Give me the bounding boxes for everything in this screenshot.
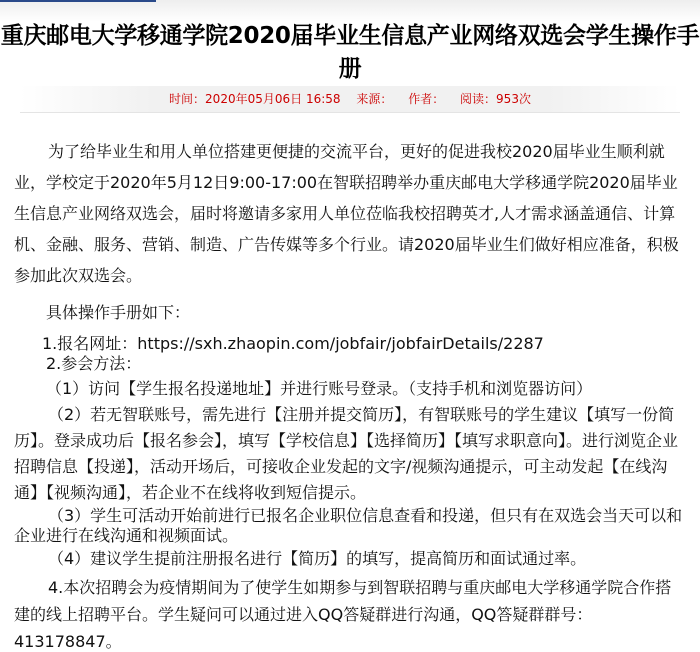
registration-url[interactable]: https://sxh.zhaopin.com/jobfair/jobfairD… [137, 334, 544, 353]
step2-sub4: （4）建议学生提前注册报名进行【简历】的填写，提高简历和面试通过率。 [14, 548, 684, 570]
top-gradient-band [0, 0, 700, 22]
step2-sub3: （3）学生可活动开始前进行已报名企业职位信息查看和投递，但只有在双选会当天可以和… [14, 506, 684, 546]
step1-registration: 1.报名网址：https://sxh.zhaopin.com/jobfair/j… [14, 334, 684, 354]
author-label: 作者： [408, 92, 444, 106]
intro-paragraph: 为了给毕业生和用人单位搭建更便捷的交流平台，更好的促进我校2020届毕业生顺利就… [14, 136, 684, 291]
read-count: 阅读：953次 [460, 92, 531, 106]
step1-label: 1.报名网址： [42, 334, 137, 353]
article-meta-bar: 时间：2020年05月06日 16:58 来源： 作者： 阅读：953次 [20, 86, 680, 113]
top-accent-rule [0, 0, 156, 2]
article-body: 为了给毕业生和用人单位搭建更便捷的交流平台，更好的促进我校2020届毕业生顺利就… [14, 136, 684, 652]
step2-heading: 2.参会方法： [14, 354, 684, 374]
publish-time: 时间：2020年05月06日 16:58 [169, 92, 340, 106]
source-label: 来源： [356, 92, 392, 106]
step4-paragraph: 4.本次招聘会为疫情期间为了使学生如期参与到智联招聘与重庆邮电大学移通学院合作搭… [14, 574, 684, 652]
article-title: 重庆邮电大学移通学院2020届毕业生信息产业网络双选会学生操作手册 [0, 20, 700, 86]
step2-sub1: （1）访问【学生报名投递地址】并进行账号登录。（支持手机和浏览器访问） [14, 378, 684, 400]
step2-sub2: （2）若无智联账号，需先进行【注册并提交简历】，有智联账号的学生建议【填写一份简… [14, 402, 684, 506]
manual-heading: 具体操作手册如下： [14, 302, 684, 324]
